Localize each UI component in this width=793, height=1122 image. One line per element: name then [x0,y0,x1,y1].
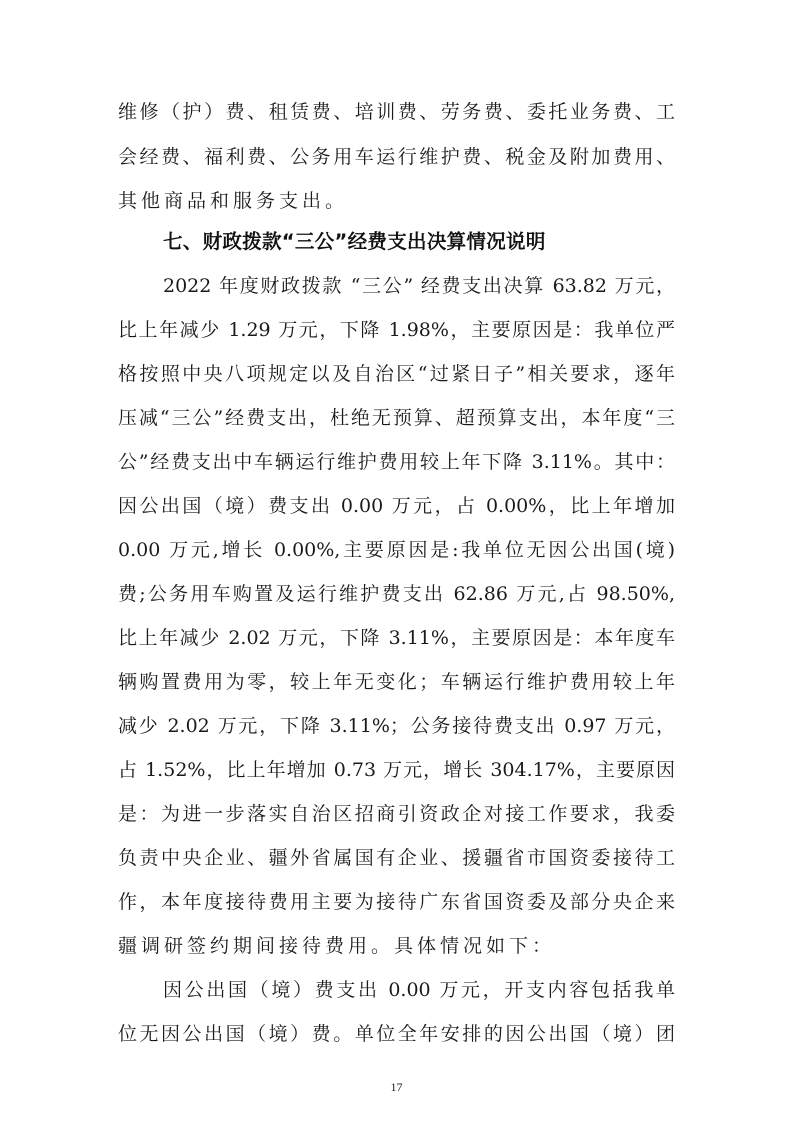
paragraph-line: 会经费、福利费、公务用车运行维护费、税金及附加费用、 [118,143,675,171]
paragraph-line: 其他商品和服务支出。 [118,187,675,215]
paragraph-line: 费;公务用车购置及运行维护费支出 62.86 万元,占 98.50%, [118,580,675,608]
paragraph-line: 因公出国（境）费支出 0.00 万元，占 0.00%，比上年增加 [118,492,675,520]
paragraph-line: 因公出国（境）费支出 0.00 万元，开支内容包括我单 [163,976,675,1004]
section-heading: 七、财政拨款“三公”经费支出决算情况说明 [163,227,546,257]
paragraph-line: 作，本年度接待费用主要为接待广东省国资委及部分央企来 [118,888,675,916]
paragraph-line: 维修（护）费、租赁费、培训费、劳务费、委托业务费、工 [118,98,675,126]
paragraph-line: 公”经费支出中车辆运行维护费用较上年下降 3.11%。其中： [118,448,675,476]
document-page: 维修（护）费、租赁费、培训费、劳务费、委托业务费、工 会经费、福利费、公务用车运… [0,0,793,1122]
paragraph-line: 0.00 万元,增长 0.00%,主要原因是:我单位无因公出国(境) [118,536,675,564]
paragraph-line: 负责中央企业、疆外省属国有企业、援疆省市国资委接待工 [118,844,675,872]
paragraph-line: 占 1.52%，比上年增加 0.73 万元，增长 304.17%，主要原因 [118,756,675,784]
paragraph-line: 辆购置费用为零，较上年无变化；车辆运行维护费用较上年 [118,668,675,696]
paragraph-line: 压减“三公”经费支出，杜绝无预算、超预算支出，本年度“三 [118,404,675,432]
paragraph-line: 位无因公出国（境）费。单位全年安排的因公出国（境）团 [118,1020,675,1048]
page-number: 17 [0,1080,793,1095]
paragraph-line: 格按照中央八项规定以及自治区“过紧日子”相关要求，逐年 [118,360,675,388]
paragraph-line: 是：为进一步落实自治区招商引资政企对接工作要求，我委 [118,800,675,828]
paragraph-line: 减少 2.02 万元，下降 3.11%；公务接待费支出 0.97 万元， [118,712,675,740]
paragraph-line: 比上年减少 1.29 万元，下降 1.98%，主要原因是：我单位严 [118,316,675,344]
paragraph-line: 2022 年度财政拨款 “三公” 经费支出决算 63.82 万元， [163,272,675,300]
paragraph-line: 疆调研签约期间接待费用。具体情况如下： [118,932,675,960]
paragraph-line: 比上年减少 2.02 万元，下降 3.11%，主要原因是：本年度车 [118,624,675,652]
